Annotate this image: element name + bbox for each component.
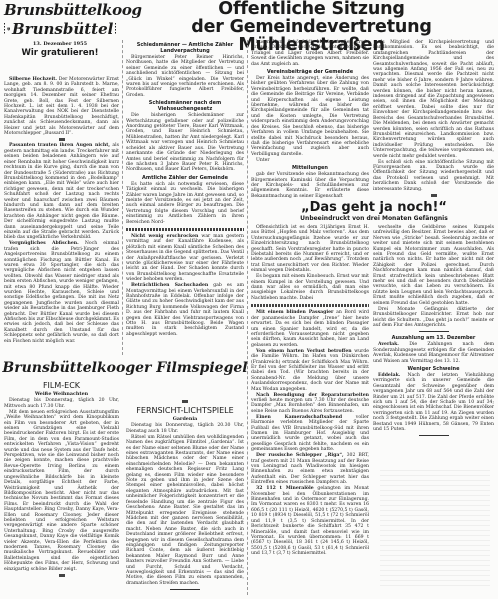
subheading-zaehler: Amtliche Zähler der Gemeinde: [126, 175, 244, 181]
column-1: Silberne Hochzeit. Der Motorenwärter Ern…: [4, 77, 119, 345]
cinema-film-eck: FILM-ECK Weiße Weihnachten Dienstag bis …: [4, 378, 119, 579]
article-ferry: Nicht wenig erschrocken war man gestern …: [126, 234, 244, 283]
separator: [59, 138, 65, 141]
section-heading-congrats: Wir gratulieren!: [4, 48, 116, 58]
movie-title: Weiße Weihnachten: [4, 392, 119, 397]
article-fishing: Vergnügliches Abfischen. Noch einmal tra…: [4, 241, 119, 344]
article-riga: Der russische Schlepper „Riga“, 302 BRT,…: [251, 453, 369, 485]
separator: [59, 574, 65, 577]
column-3: husen Hans Schönfeldt, Mühlenstraßen Erw…: [251, 40, 369, 200]
column-divider: [247, 40, 248, 595]
masthead: Brunsbüttelkoog Brunsbüttel 13. Dezember…: [4, 2, 116, 58]
subheading-vereinsbeitraege: Vereinsbeiträge der Gemeinde: [251, 69, 369, 75]
cinema-name: FERNSICHT-LICHTSPIELE: [126, 406, 244, 416]
masthead-title-2: Brunsbüttel: [12, 21, 113, 38]
masthead-title-1: Brunsbüttelkoog: [4, 2, 116, 19]
zigzag-separator: [126, 228, 244, 231]
subheading-viehseuchen: Schiedsmänner nach dem Viehseuchengesetz: [126, 100, 244, 112]
cinema-fernsicht: FERNSICHT-LICHTSPIELE Gardenia Dienstag …: [126, 398, 244, 593]
article-auszahlung: Averlak. Die Zahlungen nach dem Sonderza…: [373, 342, 494, 364]
court-story-col-b: wechselte die Geldbörse seines Kumpels u…: [373, 225, 494, 439]
separator: [431, 194, 437, 197]
issue-date: 13. Dezember 1955: [4, 41, 116, 47]
headline-line-1: Öffentliche Sitzung: [125, 0, 498, 18]
coat-of-arms-icon: [7, 19, 10, 39]
column-4: als Mitglied der Kirchspielsvertretung u…: [373, 40, 494, 199]
subheading-mitteilungen: Mitteilungen: [251, 165, 369, 171]
filmspiegel-title: Brunsbüttelkooger Filmspiegel: [0, 360, 250, 376]
article-mitteilungen: gab der Vorsitzende eine Bekanntmachung …: [251, 172, 369, 199]
article-accident: Beträchtlichen Sachschaden gab es am Mon…: [126, 283, 244, 337]
article-tractor: Passanten trauten ihren Augen nicht, als…: [4, 143, 119, 240]
article-intro: Bürgermeister Peter Reimer Hinrichs, Nor…: [126, 55, 244, 98]
article-silver-wedding: Silberne Hochzeit. Der Motorenwärter Ern…: [4, 77, 119, 136]
court-story-title: „Das geht ja noch!“: [250, 201, 498, 215]
article-repair: Nach Beendigung der Reparaturarbeiten ve…: [251, 393, 369, 415]
article-schweine: Eddelak. Nach der letzten Viehzählung ve…: [373, 373, 494, 432]
court-story-subtitle: Unbeeindruckt von drei Monaten Gefängnis: [250, 215, 498, 222]
article-schiedsmaenner: Die bisherigen Schiedsmänner zur Wertsch…: [126, 113, 244, 172]
zigzag-separator: [251, 304, 369, 307]
court-story-headline: „Das geht ja noch!“ Unbeeindruckt von dr…: [250, 201, 498, 222]
separator: [182, 400, 188, 403]
article-zaehler: Es hatte sich als notwendig erwiesen, di…: [126, 182, 244, 225]
article-comradeship: Einen Kameradschaftsabend voller Harmoni…: [251, 415, 369, 453]
article-continued: husen Hans Schönfeldt, Mühlenstraßen Erw…: [251, 40, 369, 67]
newspaper-page: Brunsbüttelkoog Brunsbüttel 13. Dezember…: [0, 0, 498, 599]
article-loss: Von einem harten Verlust betroffen wurde…: [251, 349, 369, 392]
court-story-text: Drei Monate Gefängnis diktierte der Brun…: [373, 307, 494, 329]
court-story-text: wechselte die Geldbörse seines Kumpels u…: [373, 225, 494, 306]
decorative-bar-left: [4, 23, 5, 35]
subheading-schiedsmaenner: Schiedsmänner — Amtliche Zähler Landverp…: [126, 42, 244, 54]
decorative-bar-right: [115, 23, 116, 35]
subheading-schweine: Weniger Schweine: [373, 366, 494, 372]
faded-area: [380, 470, 490, 590]
article-mineral-oil: 32 112 t Mineralöle gelangten im Monat N…: [251, 486, 369, 556]
article-stowaway: Mit einem blinden Passagier an Bord wird…: [251, 310, 369, 348]
movie-review: Mit dem neuen erfolgreichen Ausstattungs…: [4, 410, 119, 572]
article-closing: Es schloß sich eine nichtöffentliche Sit…: [373, 160, 494, 192]
court-story-text: Offensichtlich ist es dem 31jährigen Ern…: [251, 225, 369, 274]
rule: [419, 331, 449, 332]
column-2: Schiedsmänner — Amtliche Zähler Landverp…: [126, 40, 244, 338]
rule: [419, 435, 449, 436]
showtimes: Dienstag bis Donnerstag, täglich 20.30 U…: [126, 423, 244, 434]
column-divider: [122, 40, 123, 355]
subheading-auszahlung: Auszahlung am 13. Dezember: [373, 335, 494, 341]
article-vereinsbeitraege: Der Kreis hatte angeregt, eine Änderung …: [251, 76, 369, 157]
movie-review: Rätsel um Rätsel umhüllen den wohlklinge…: [126, 435, 244, 586]
court-story-col-a: Offensichtlich ist es dem 31jährigen Ern…: [251, 225, 369, 557]
court-story-text: Es begann mit einem Kinobesuch. Ernst wa…: [251, 274, 369, 301]
cinema-name: FILM-ECK: [4, 381, 119, 391]
rule: [170, 589, 200, 590]
text-unter: Unter: [251, 158, 369, 163]
article-pacht: als Mitglied der Kirchspielsvertretung u…: [373, 40, 494, 159]
movie-title: Gardenia: [126, 417, 244, 422]
showtimes: Dienstag bis Donnerstag, täglich 20 Uhr,…: [4, 398, 119, 409]
